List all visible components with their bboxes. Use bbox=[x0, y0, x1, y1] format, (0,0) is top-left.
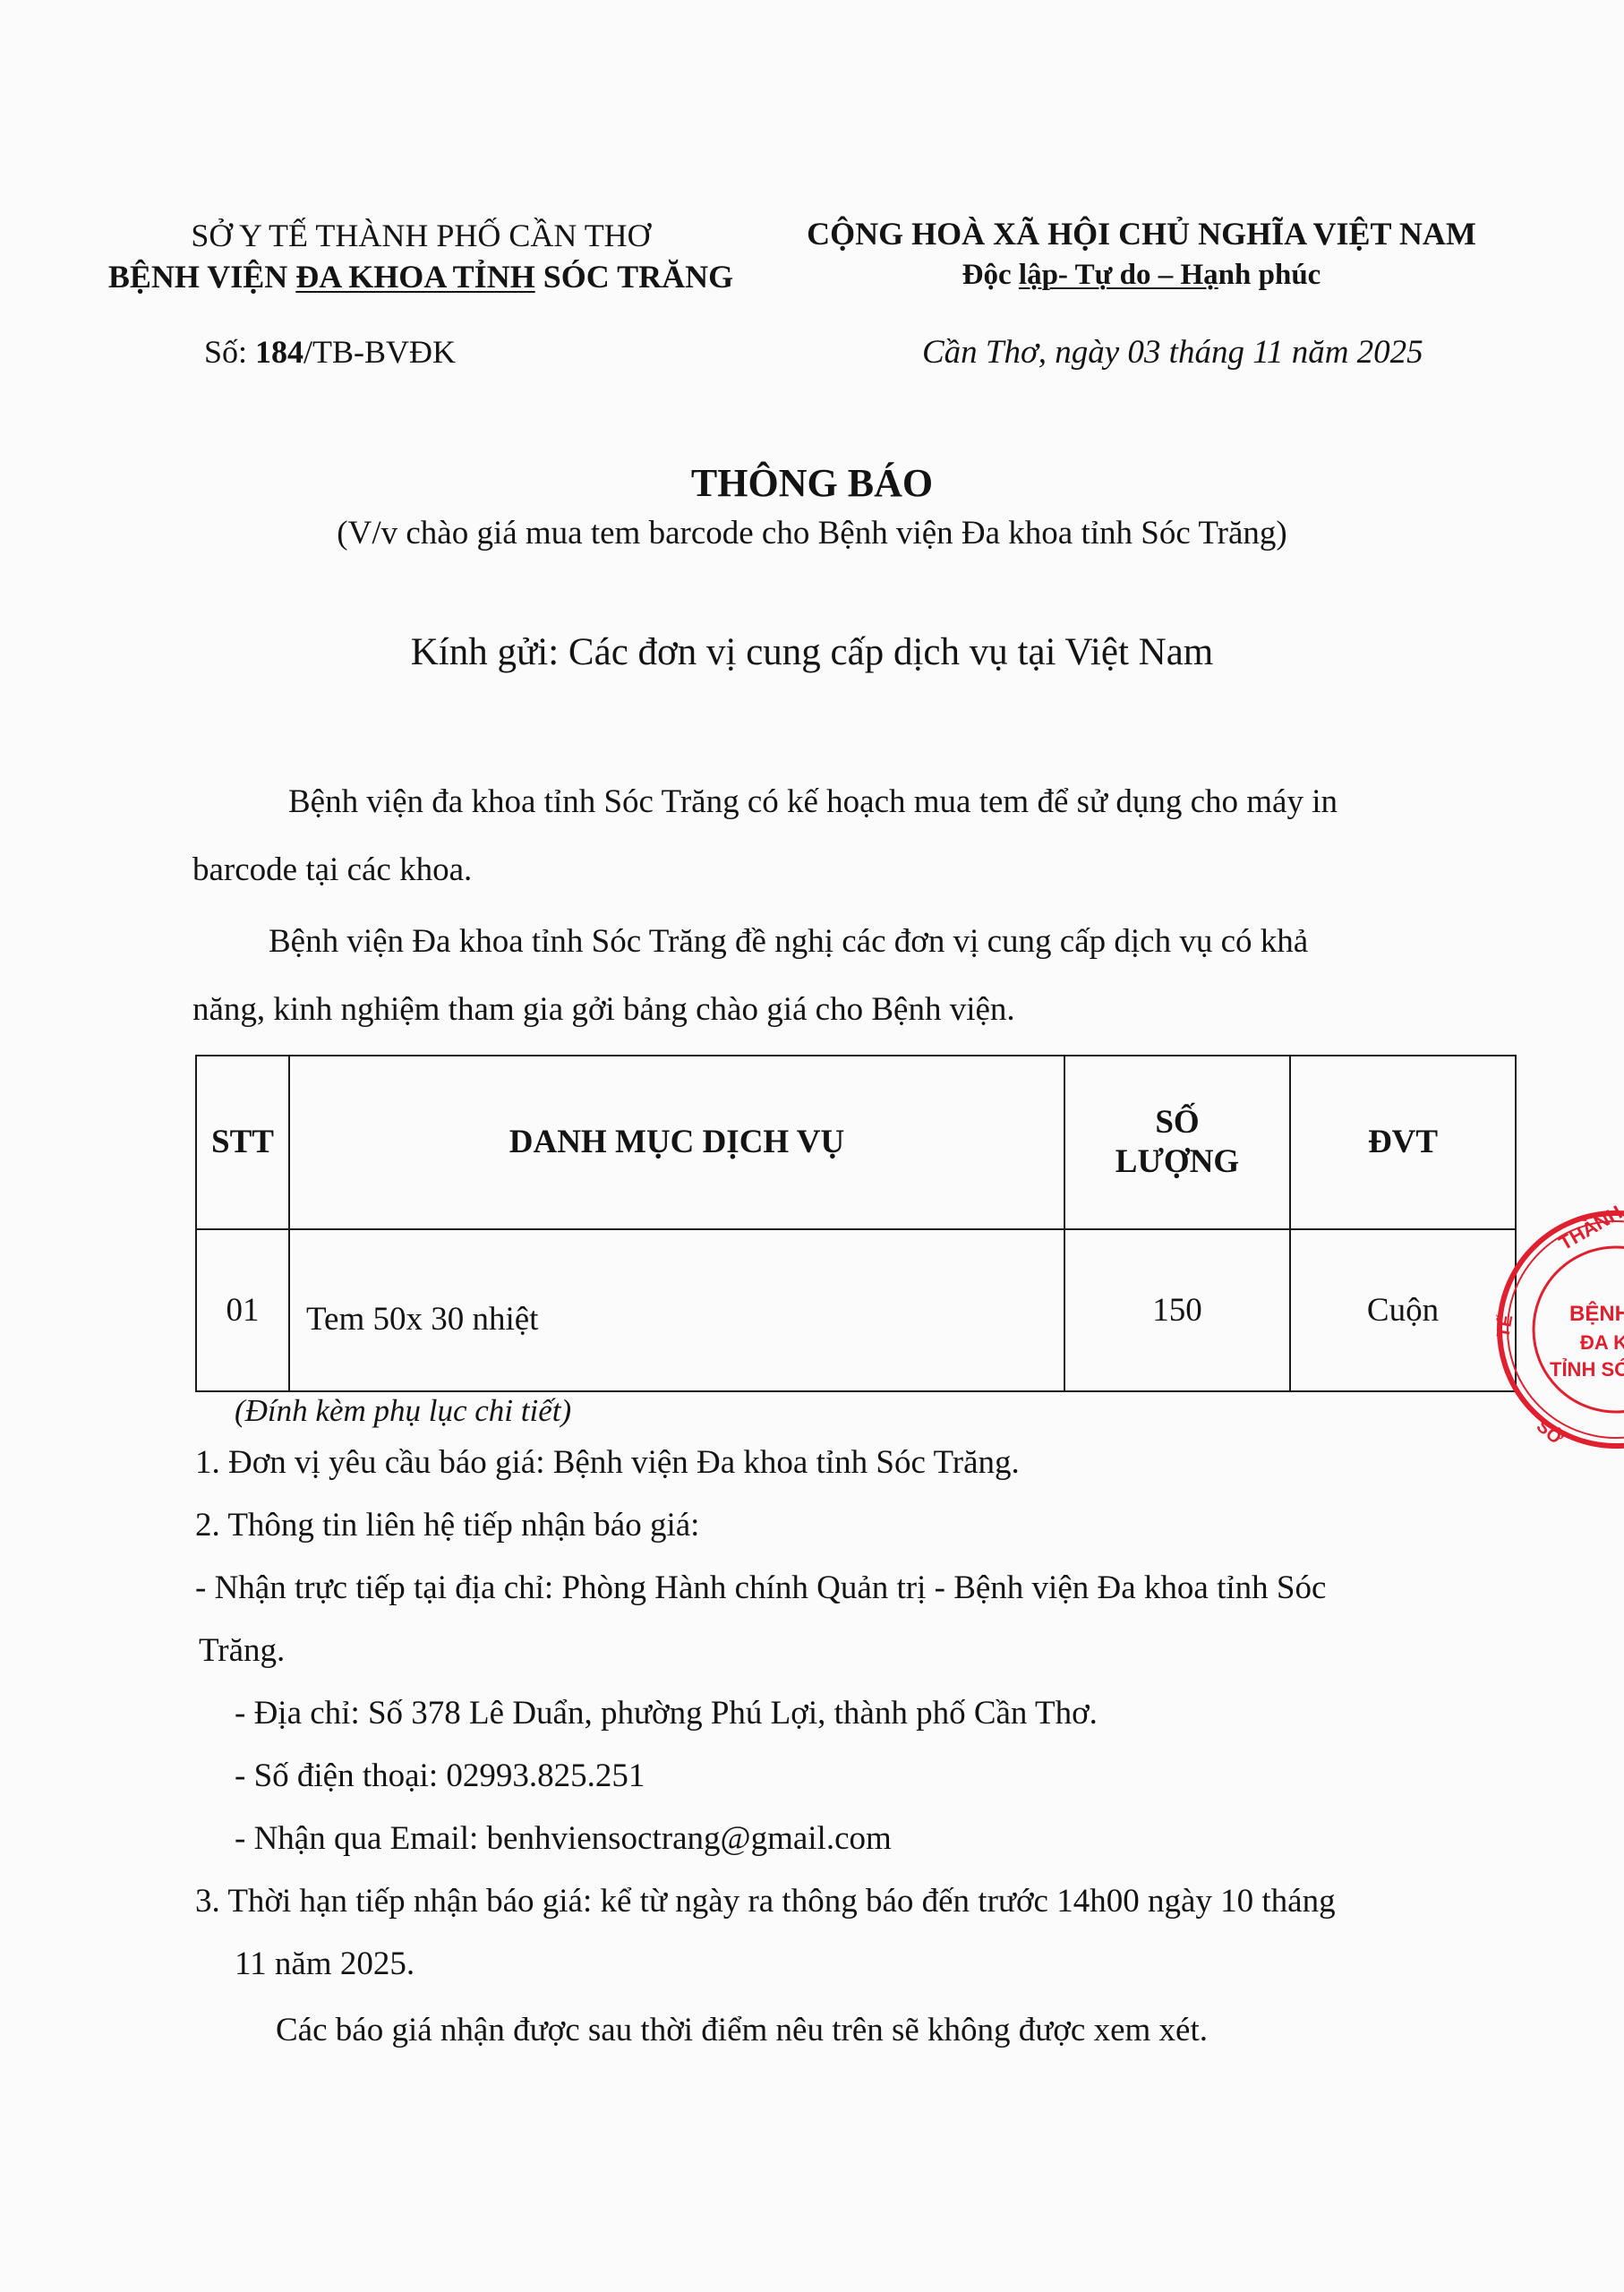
country-name: CỘNG HOÀ XÃ HỘI CHỦ NGHĨA VIỆT NAM bbox=[770, 213, 1513, 254]
cell-unit: Cuộn bbox=[1290, 1229, 1516, 1391]
item-2-direct-line-2: Trăng. bbox=[199, 1631, 285, 1670]
document-subtitle: (V/v chào giá mua tem barcode cho Bệnh v… bbox=[0, 514, 1624, 552]
item-2-address: - Địa chỉ: Số 378 Lê Duẩn, phường Phú Lợ… bbox=[235, 1694, 1098, 1732]
stamp-center-1: BỆNH V bbox=[1569, 1301, 1624, 1326]
item-3-line-2: 11 năm 2025. bbox=[235, 1945, 415, 1983]
hospital-name-underlined: ĐA KHOA TỈNH bbox=[295, 259, 534, 295]
stamp-center-3: TỈNH SÓC bbox=[1550, 1358, 1624, 1381]
stamp-bottom-text: SỞ bbox=[1533, 1415, 1568, 1450]
cell-service-name: Tem 50x 30 nhiệt bbox=[289, 1229, 1064, 1391]
header-quantity-line2: LƯỢNG bbox=[1115, 1143, 1239, 1180]
service-table: STT DANH MỤC DỊCH VỤ SỐLƯỢNG ĐVT 01 Tem … bbox=[195, 1055, 1517, 1392]
motto-part: nh phúc bbox=[1218, 259, 1321, 291]
issuing-authority: SỞ Y TẾ THÀNH PHỐ CẦN THƠ BỆNH VIỆN ĐA K… bbox=[90, 215, 752, 297]
stamp-top-text: THÀNH bbox=[1555, 1204, 1624, 1254]
attachment-note: (Đính kèm phụ lục chi tiết) bbox=[235, 1393, 571, 1429]
item-2: 2. Thông tin liên hệ tiếp nhận báo giá: bbox=[195, 1506, 699, 1544]
motto-part: Độc bbox=[962, 259, 1019, 291]
cell-stt: 01 bbox=[196, 1229, 289, 1391]
national-title: CỘNG HOÀ XÃ HỘI CHỦ NGHĨA VIỆT NAM Độc l… bbox=[770, 213, 1513, 295]
doc-number-suffix: /TB-BVĐK bbox=[303, 334, 456, 370]
header-stt: STT bbox=[196, 1056, 289, 1229]
document-title: THÔNG BÁO bbox=[0, 460, 1624, 506]
paragraph-1-line-2: barcode tại các khoa. bbox=[192, 851, 472, 889]
greeting: Kính gửi: Các đơn vị cung cấp dịch vụ tạ… bbox=[0, 630, 1624, 674]
header-service: DANH MỤC DỊCH VỤ bbox=[289, 1056, 1064, 1229]
paragraph-2-line-2: năng, kinh nghiệm tham gia gởi bảng chào… bbox=[192, 990, 1015, 1029]
item-2-email: - Nhận qua Email: benhviensoctrang@gmail… bbox=[235, 1819, 892, 1858]
stamp-center-2: ĐA KI bbox=[1580, 1331, 1624, 1354]
table-header-row: STT DANH MỤC DỊCH VỤ SỐLƯỢNG ĐVT bbox=[196, 1056, 1516, 1229]
closing-note: Các báo giá nhận được sau thời điểm nêu … bbox=[276, 2011, 1208, 2049]
document-number: Số: 184/TB-BVĐK bbox=[204, 333, 456, 371]
national-motto: Độc lập- Tự do – Hạnh phúc bbox=[770, 254, 1513, 295]
doc-number-value: 184 bbox=[255, 334, 303, 370]
item-2-phone: - Số điện thoại: 02993.825.251 bbox=[235, 1757, 645, 1795]
department-name: SỞ Y TẾ THÀNH PHỐ CẦN THƠ bbox=[90, 215, 752, 256]
item-3-line-1: 3. Thời hạn tiếp nhận báo giá: kể từ ngà… bbox=[195, 1882, 1336, 1920]
header-quantity: SỐLƯỢNG bbox=[1064, 1056, 1290, 1229]
hospital-name: BỆNH VIỆN ĐA KHOA TỈNH SÓC TRĂNG bbox=[90, 256, 752, 297]
table-row: 01 Tem 50x 30 nhiệt 150 Cuộn bbox=[196, 1229, 1516, 1391]
header-quantity-line1: SỐ bbox=[1155, 1104, 1199, 1141]
hospital-name-part: BỆNH VIỆN bbox=[108, 259, 295, 295]
place-date: Cần Thơ, ngày 03 tháng 11 năm 2025 bbox=[922, 333, 1423, 372]
doc-number-label: Số: bbox=[204, 334, 255, 370]
cell-quantity: 150 bbox=[1064, 1229, 1290, 1391]
paragraph-2-line-1: Bệnh viện Đa khoa tỉnh Sóc Trăng đề nghị… bbox=[269, 922, 1308, 961]
hospital-name-part: SÓC TRĂNG bbox=[535, 259, 733, 295]
paragraph-1-line-1: Bệnh viện đa khoa tỉnh Sóc Trăng có kế h… bbox=[288, 783, 1338, 821]
item-1: 1. Đơn vị yêu cầu báo giá: Bệnh viện Đa … bbox=[195, 1443, 1020, 1482]
item-2-direct-line-1: - Nhận trực tiếp tại địa chỉ: Phòng Hành… bbox=[195, 1569, 1326, 1607]
header-unit: ĐVT bbox=[1290, 1056, 1516, 1229]
motto-underlined: lập- Tự do – Hạ bbox=[1019, 259, 1218, 291]
